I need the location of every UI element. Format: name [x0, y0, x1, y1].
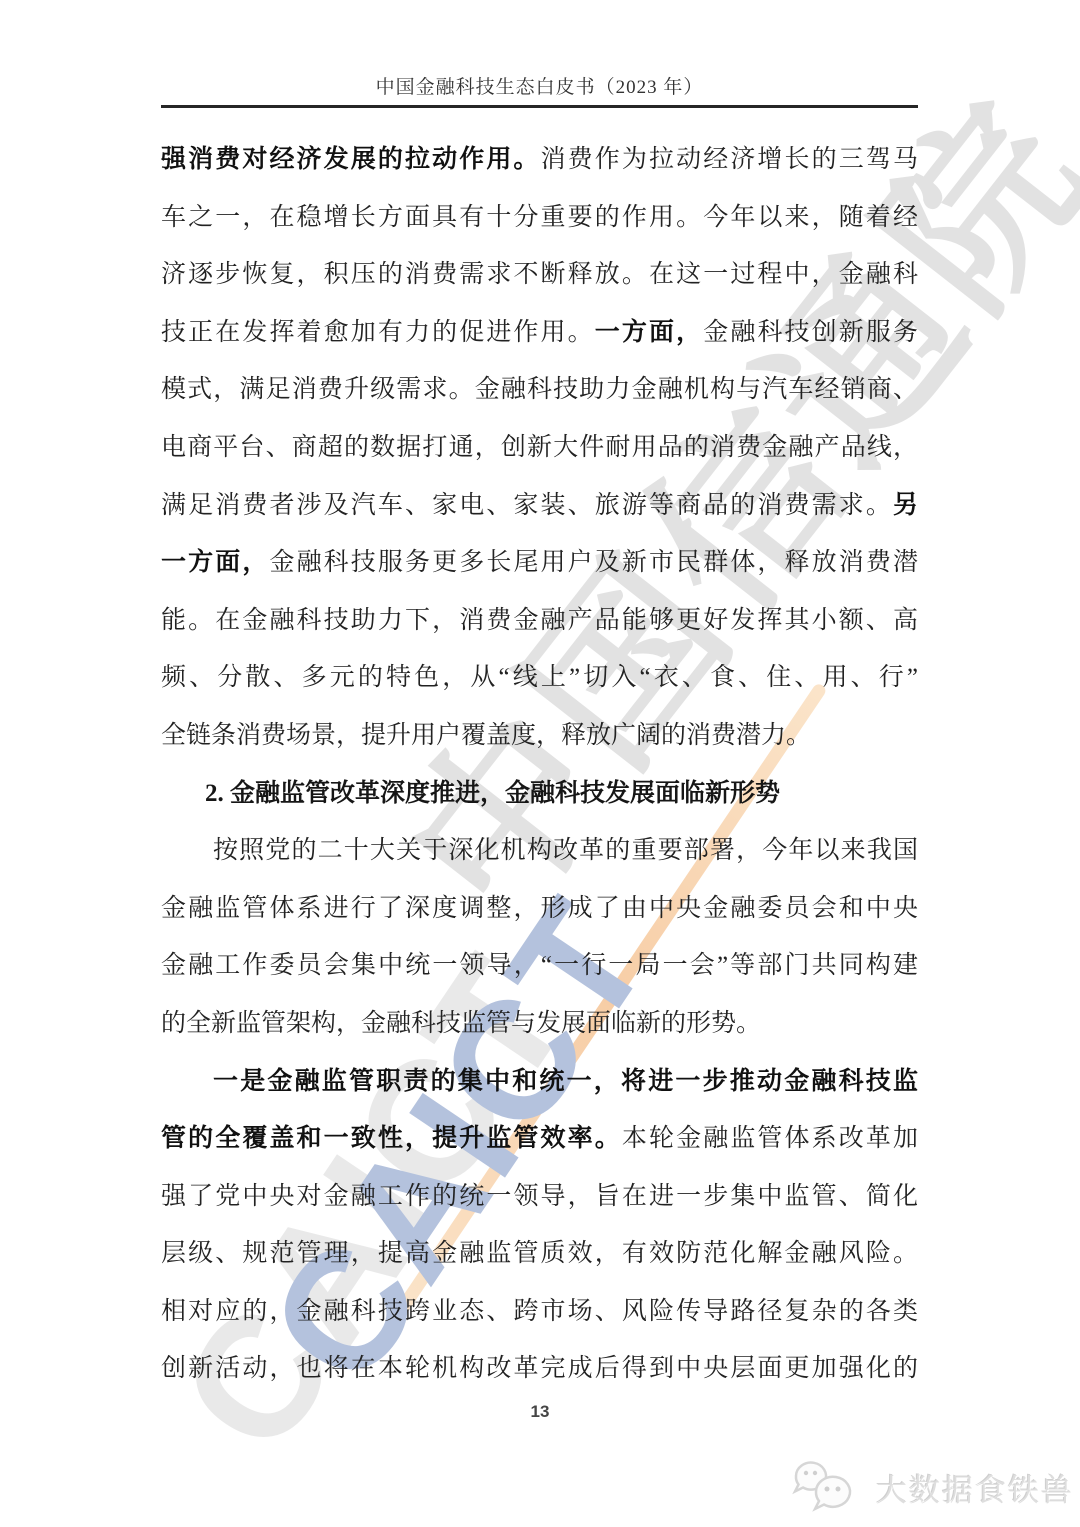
text-line: 按照党的二十大关于深化机构改革的重要部署，今年以来我国	[161, 822, 918, 880]
text-segment: 按照党的二十大关于深化机构改革的重要部署，今年以来我国	[213, 837, 918, 864]
section-heading: 2. 金融监管改革深度推进，金融科技发展面临新形势	[161, 765, 918, 823]
page-header: 中国金融科技生态白皮书（2023 年）	[161, 0, 918, 108]
text-segment: 相对应的，金融科技跨业态、跨市场、风险传导路径复杂的各类	[161, 1298, 918, 1325]
wechat-icon	[786, 1458, 866, 1516]
text-line: 一方面，金融科技服务更多长尾用户及新市民群体，释放消费潜	[161, 534, 918, 592]
text-segment: 技正在发挥着愈加有力的促进作用。	[161, 319, 595, 346]
text-segment-bold: 一是金融监管职责的集中和统一，将进一步推动金融科技监	[213, 1067, 918, 1095]
text-segment: 金融科技服务更多长尾用户及新市民群体，释放消费潜	[269, 549, 918, 576]
text-segment: 本轮金融监管体系改革加	[622, 1125, 918, 1152]
text-segment: 强了党中央对金融工作的统一领导，旨在进一步集中监管、简化	[161, 1183, 918, 1210]
text-line: 创新活动，也将在本轮机构改革完成后得到中央层面更加强化的	[161, 1340, 918, 1398]
text-line: 金融工作委员会集中统一领导，“一行一局一会”等部门共同构建	[161, 937, 918, 995]
text-line: 金融监管体系进行了深度调整，形成了由中央金融委员会和中央	[161, 880, 918, 938]
text-segment: 电商平台、商超的数据打通，创新大件耐用品的消费金融产品线，	[161, 434, 918, 461]
text-line: 满足消费者涉及汽车、家电、家装、旅游等商品的消费需求。另	[161, 477, 918, 535]
text-segment: 创新活动，也将在本轮机构改革完成后得到中央层面更加强化的	[161, 1355, 918, 1382]
text-line: 车之一，在稳增长方面具有十分重要的作用。今年以来，随着经	[161, 189, 918, 247]
document-body: 强消费对经济发展的拉动作用。消费作为拉动经济增长的三驾马车之一，在稳增长方面具有…	[161, 131, 918, 1398]
text-line: 的全新监管架构，金融科技监管与发展面临新的形势。	[161, 995, 918, 1053]
text-segment-bold: 强消费对经济发展的拉动作用。	[161, 145, 541, 173]
text-line: 全链条消费场景，提升用户覆盖度，释放广阔的消费潜力。	[161, 707, 918, 765]
text-segment: 车之一，在稳增长方面具有十分重要的作用。今年以来，随着经	[161, 204, 918, 231]
text-segment: 2. 金融监管改革深度推进，金融科技发展面临新形势	[205, 780, 780, 807]
header-title: 中国金融科技生态白皮书（2023 年）	[161, 72, 918, 99]
text-segment: 金融工作委员会集中统一领导，“一行一局一会”等部门共同构建	[161, 952, 918, 979]
text-segment: 金融监管体系进行了深度调整，形成了由中央金融委员会和中央	[161, 895, 918, 922]
document-page: 中国信通院 CAICT CAICT 中国金融科技生态白皮书（2023 年） 强消…	[0, 0, 1080, 1527]
text-segment: 能。在金融科技助力下，消费金融产品能够更好发挥其小额、高	[161, 607, 918, 634]
brand-text: 大数据食铁兽	[876, 1465, 1074, 1510]
text-line: 模式，满足消费升级需求。金融科技助力金融机构与汽车经销商、	[161, 361, 918, 419]
text-segment: 的全新监管架构，金融科技监管与发展面临新的形势。	[161, 1010, 761, 1037]
text-line: 相对应的，金融科技跨业态、跨市场、风险传导路径复杂的各类	[161, 1283, 918, 1341]
text-segment: 模式，满足消费升级需求。金融科技助力金融机构与汽车经销商、	[161, 376, 918, 403]
text-line: 层级、规范管理，提高金融监管质效，有效防范化解金融风险。	[161, 1225, 918, 1283]
text-line: 强消费对经济发展的拉动作用。消费作为拉动经济增长的三驾马	[161, 131, 918, 189]
text-line: 济逐步恢复，积压的消费需求不断释放。在这一过程中，金融科	[161, 246, 918, 304]
text-segment: 频、分散、多元的特色，从“线上”切入“衣、食、住、用、行”	[161, 664, 918, 691]
text-segment: 层级、规范管理，提高金融监管质效，有效防范化解金融风险。	[161, 1240, 918, 1267]
text-segment: 金融科技创新服务	[703, 319, 918, 346]
text-segment: 全链条消费场景，提升用户覆盖度，释放广阔的消费潜力。	[161, 722, 811, 749]
text-line: 电商平台、商超的数据打通，创新大件耐用品的消费金融产品线，	[161, 419, 918, 477]
brand-watermark: 大数据食铁兽	[786, 1458, 1074, 1516]
page-number: 13	[0, 1402, 1080, 1422]
text-segment-bold: 一方面，	[161, 548, 269, 576]
text-segment-bold: 管的全覆盖和一致性，提升监管效率。	[161, 1124, 622, 1152]
text-segment: 消费作为拉动经济增长的三驾马	[541, 146, 918, 173]
text-segment: 济逐步恢复，积压的消费需求不断释放。在这一过程中，金融科	[161, 261, 918, 288]
text-segment: 满足消费者涉及汽车、家电、家装、旅游等商品的消费需求。	[161, 492, 893, 519]
text-segment-bold: 一方面，	[595, 318, 703, 346]
text-segment-bold: 另	[893, 491, 918, 519]
text-line: 能。在金融科技助力下，消费金融产品能够更好发挥其小额、高	[161, 592, 918, 650]
text-line: 强了党中央对金融工作的统一领导，旨在进一步集中监管、简化	[161, 1168, 918, 1226]
text-line: 频、分散、多元的特色，从“线上”切入“衣、食、住、用、行”	[161, 649, 918, 707]
text-line: 技正在发挥着愈加有力的促进作用。一方面，金融科技创新服务	[161, 304, 918, 362]
text-line: 一是金融监管职责的集中和统一，将进一步推动金融科技监	[161, 1053, 918, 1111]
text-line: 管的全覆盖和一致性，提升监管效率。本轮金融监管体系改革加	[161, 1110, 918, 1168]
